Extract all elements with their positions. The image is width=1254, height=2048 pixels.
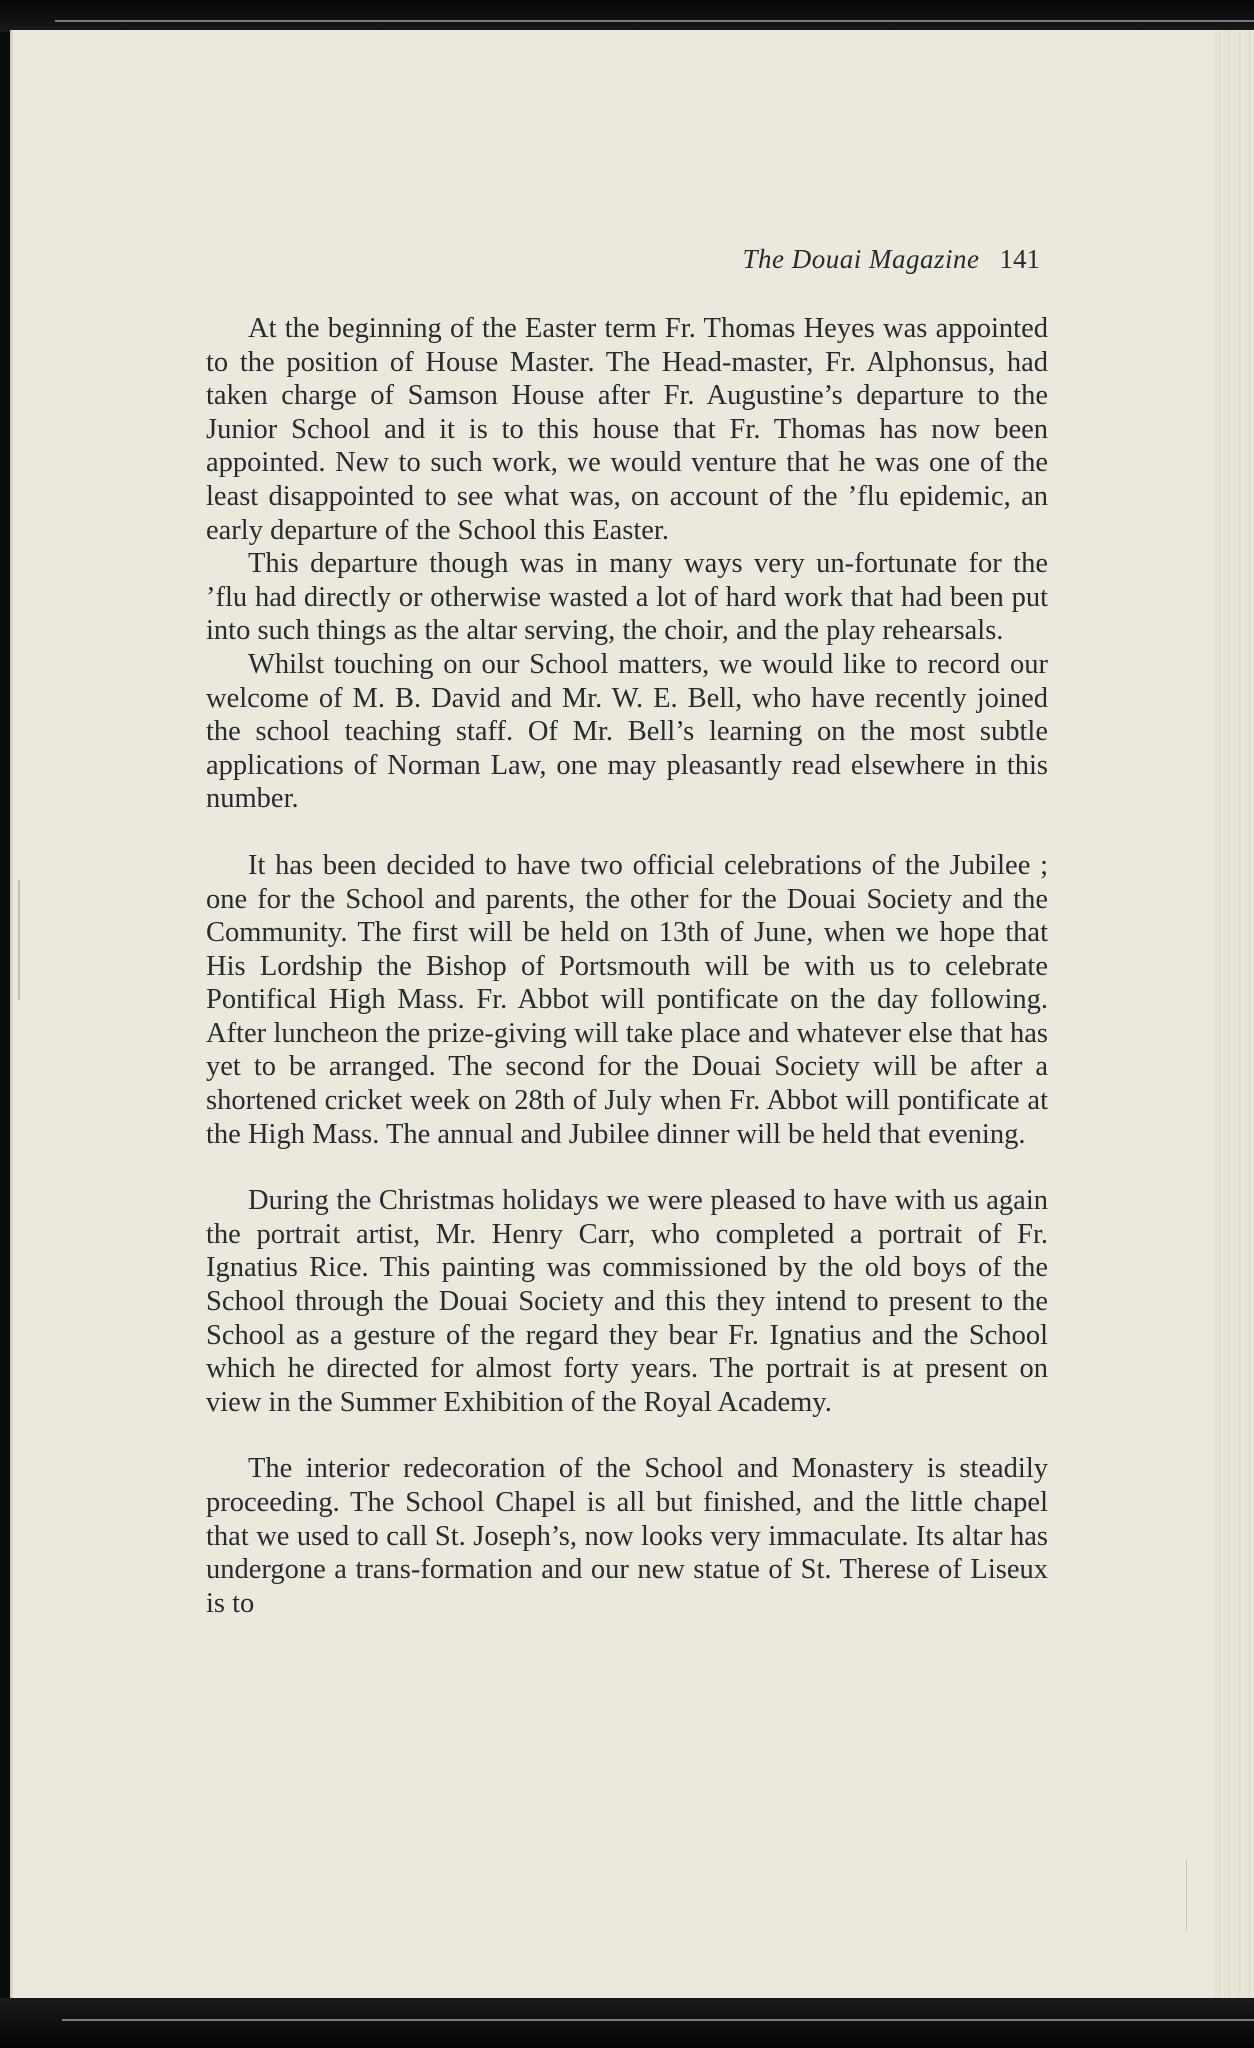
page-stack-edge <box>1214 30 1254 1998</box>
paragraph-portrait: During the Christmas holidays we were pl… <box>206 1184 1048 1419</box>
paragraph-new-staff: Whilst touching on our School matters, w… <box>206 648 1048 816</box>
running-head: The Douai Magazine141 <box>660 244 1040 275</box>
book-bottom-edge <box>0 1998 1254 2048</box>
paragraph-redecoration: The interior redecoration of the School … <box>206 1452 1048 1620</box>
paragraph-jubilee: It has been decided to have two official… <box>206 849 1048 1151</box>
paragraph-house-master: At the beginning of the Easter term Fr. … <box>206 312 1048 547</box>
scanned-page-image: The Douai Magazine141 At the beginning o… <box>0 0 1254 2048</box>
scan-artifact <box>18 880 20 1000</box>
book-top-edge <box>0 0 1254 32</box>
article-body: At the beginning of the Easter term Fr. … <box>206 312 1048 1620</box>
page-number: 141 <box>1000 244 1041 274</box>
page-gutter <box>10 30 14 1998</box>
magazine-title: The Douai Magazine <box>743 244 980 274</box>
scan-artifact <box>1186 1860 1187 1930</box>
paragraph-departure: This departure though was in many ways v… <box>206 547 1048 648</box>
